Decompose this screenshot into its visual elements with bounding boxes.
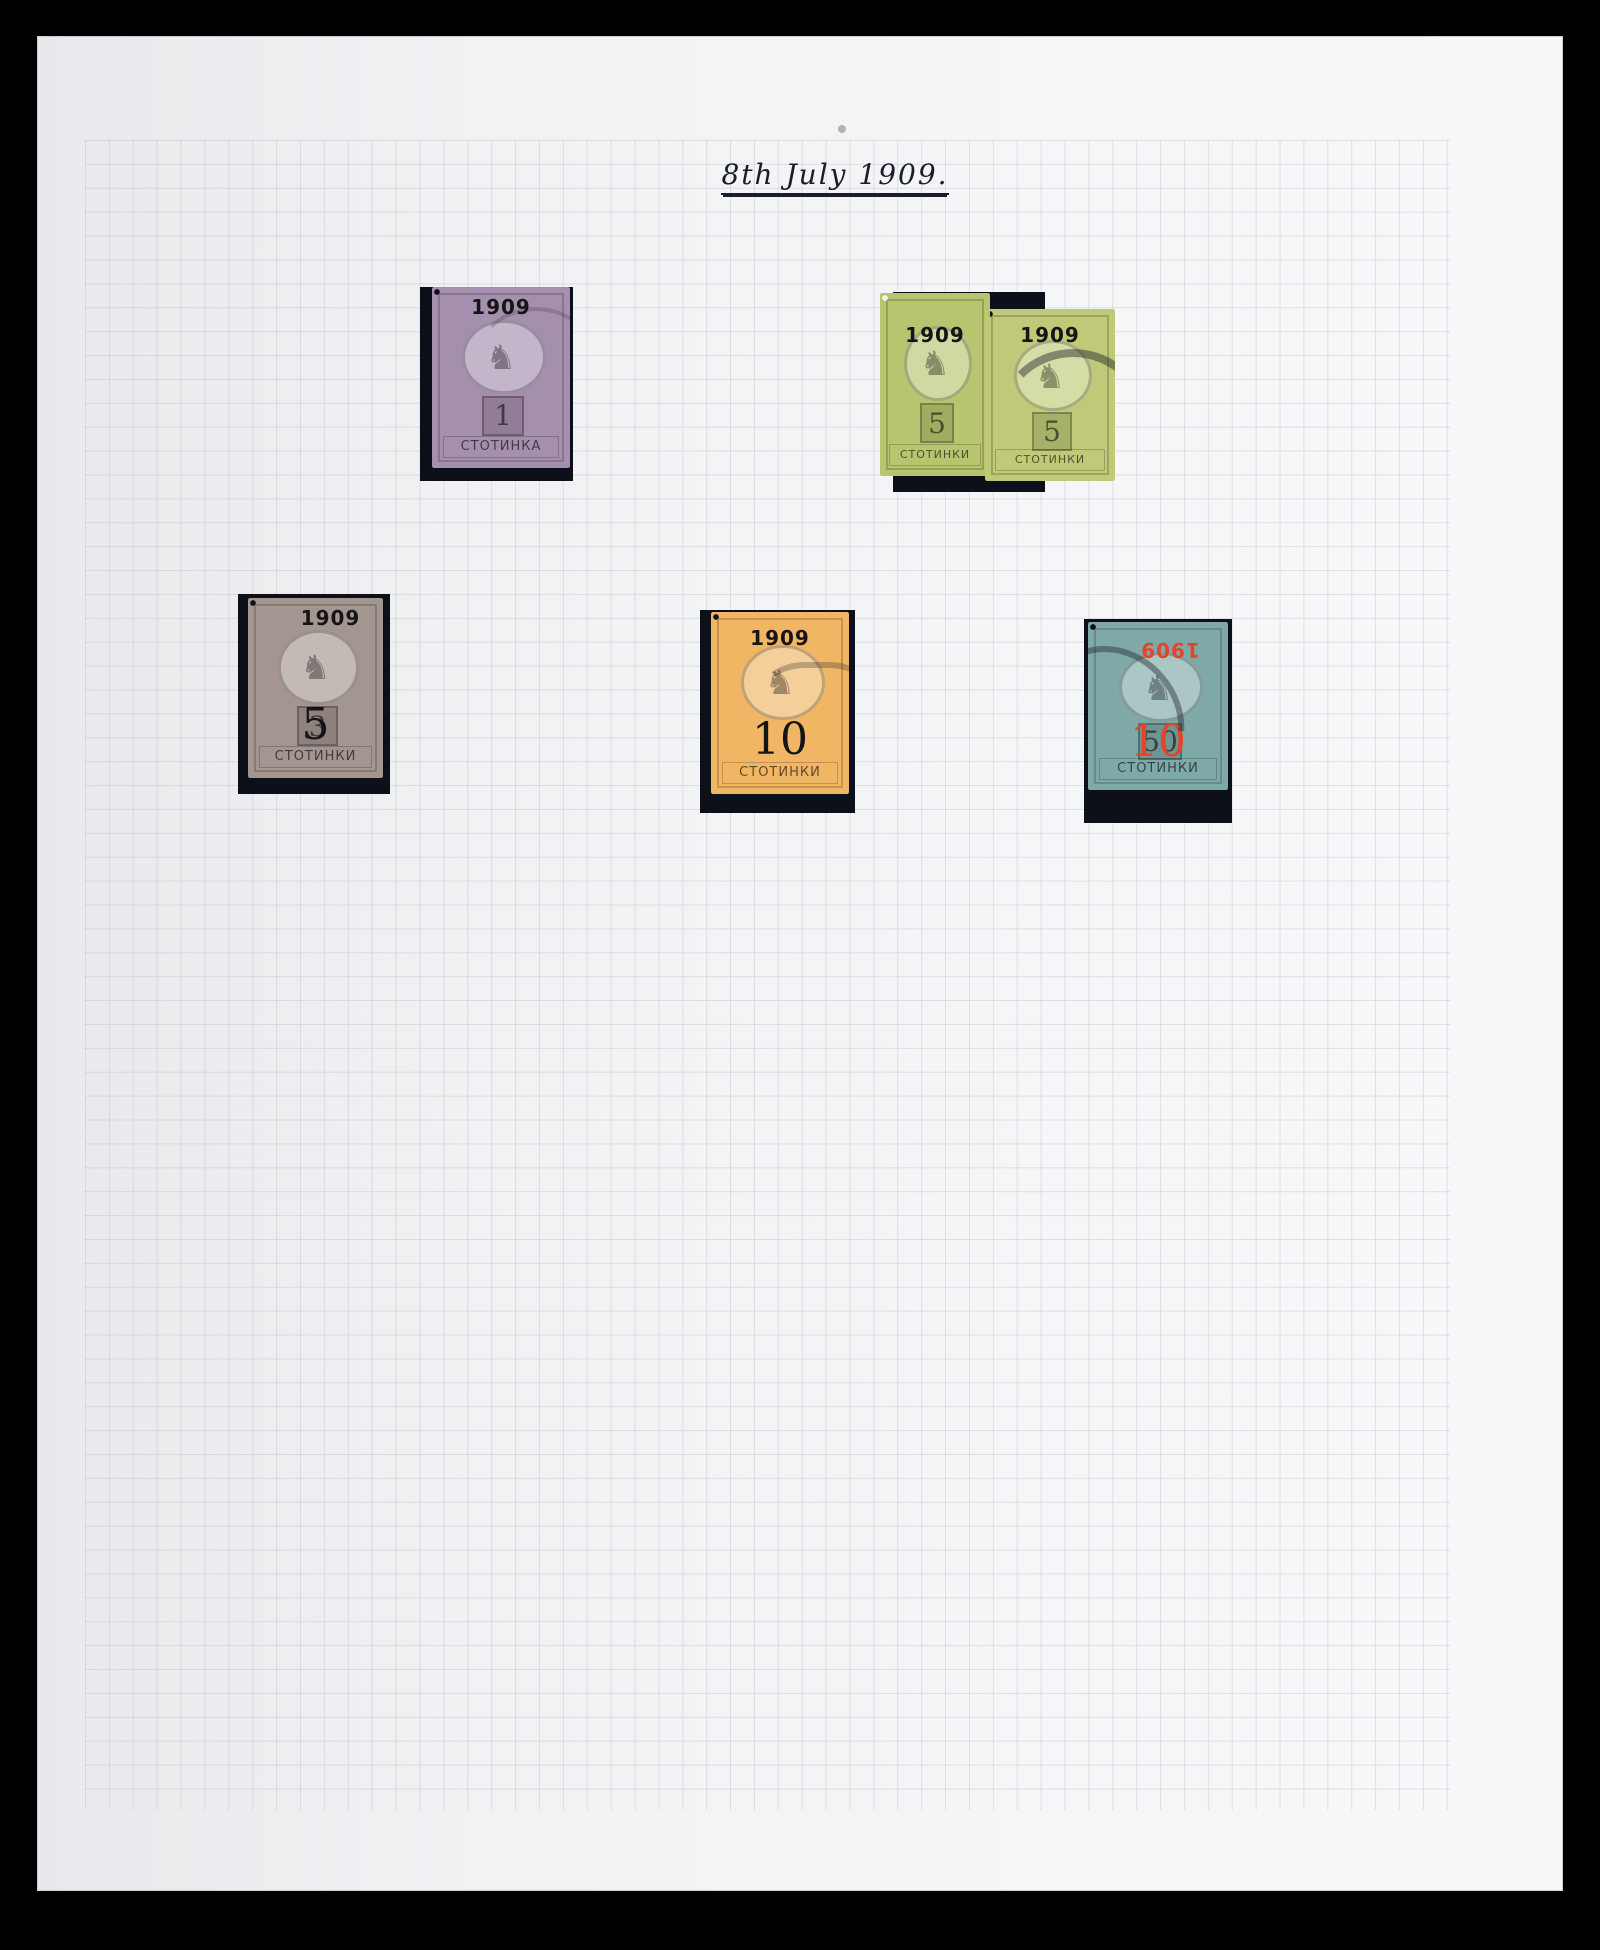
stamp-denomination-label: СТОТИНКИ [259,746,372,768]
dust-speck [838,125,846,133]
stamp-denomination-label: СТОТИНКИ [889,444,981,466]
stamp-10-stotinki-surcharge[interactable]: ♞ 1909 10 СТОТИНКИ [711,612,849,794]
postmark [761,662,849,734]
stamp-5-on-3-stotinki[interactable]: ♞ 1909 3 5 СТОТИНКИ [248,598,383,778]
graph-paper-grid [85,140,1450,1810]
overprint-year: 1909 [711,626,849,650]
stamp-1-stotinka[interactable]: ♞ 1909 1 СТОТИНКА [432,287,570,468]
overprint-year: 1909 [985,323,1115,347]
stamp-value: 5 [920,403,955,444]
stamp-5-stotinki-pair-right[interactable]: ♞ 1909 5 СТОТИНКИ [985,309,1115,481]
album-page [38,37,1562,1890]
lion-emblem-icon: ♞ [880,344,990,384]
overprint-year: 1909 [880,323,990,347]
overprint-year: 1909 [278,606,383,630]
heading-text: 8th July 1909. [721,158,948,195]
stamp-10-on-50-stotinki-red[interactable]: ♞ 1909 50 10 СТОТИНКИ [1088,622,1228,790]
stamp-denomination-label: СТОТИНКА [443,436,559,458]
lion-emblem-icon: ♞ [248,648,383,688]
surcharge-value: 5 [248,699,383,750]
stamp-denomination-label: СТОТИНКИ [722,762,838,784]
stamp-5-stotinki-pair-left[interactable]: ♞ 1909 5 СТОТИНКИ [880,293,990,476]
page-heading: 8th July 1909. [700,158,970,208]
